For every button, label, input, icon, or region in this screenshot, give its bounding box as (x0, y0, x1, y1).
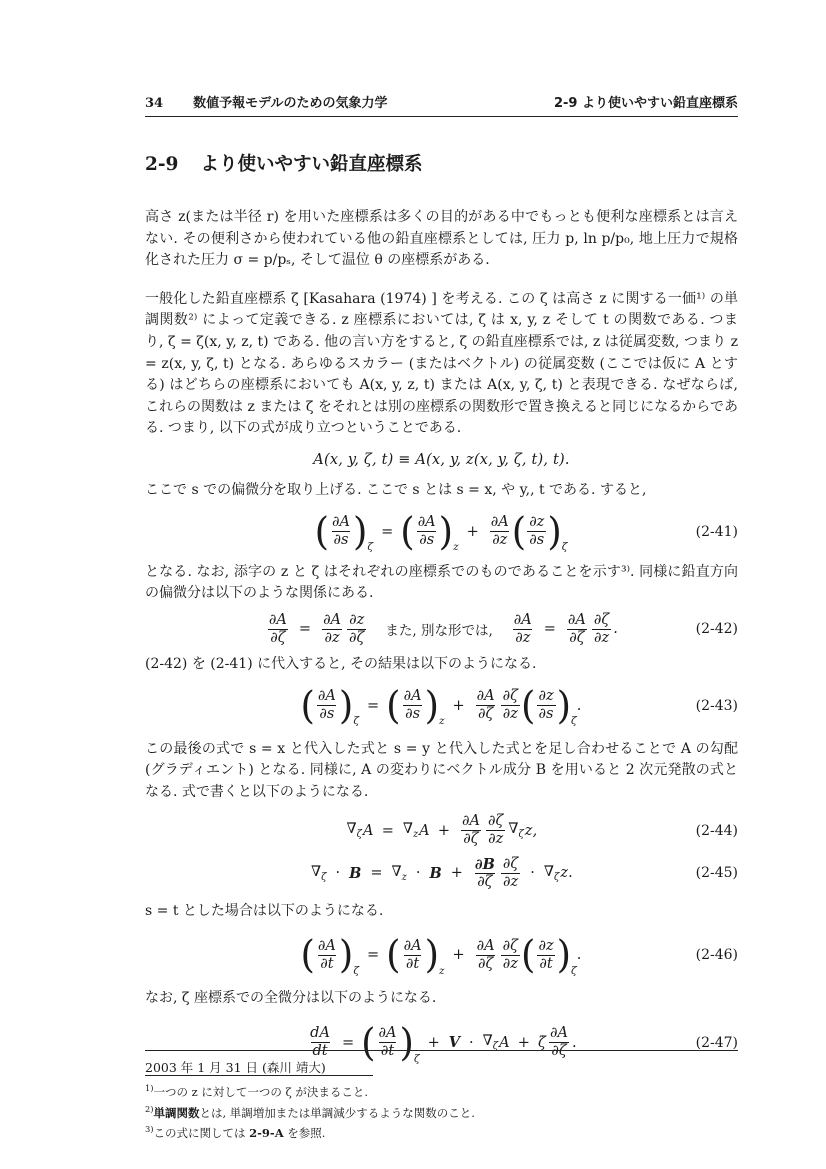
math-operator: = (381, 524, 393, 540)
footer-date: 2003 年 1 月 31 日 (森川 靖大) (145, 1060, 326, 1075)
running-book-title: 数値予報モデルのための気象力学 (193, 92, 387, 111)
page-footer: 2003 年 1 月 31 日 (森川 靖大) (145, 1050, 738, 1076)
math-numerator: ∂A (416, 514, 438, 531)
equation-body: ∂A∂ζ=∂A∂z∂z∂ζまた, 別な形では,∂A∂z=∂A∂ζ∂ζ∂z. (265, 612, 618, 647)
equation-2-43: (∂A∂s)ζ=(∂A∂s)z+∂A∂ζ∂ζ∂z(∂z∂s)ζ.(2-43) (145, 683, 738, 729)
section-title-text: より使いやすい鉛直座標系 (200, 150, 422, 176)
equation-number: (2-41) (696, 524, 738, 540)
math-operator: + (428, 1035, 440, 1051)
math-text: z. (560, 865, 573, 881)
math-numerator: ∂ζ (501, 856, 520, 873)
math-subscript: ζ (353, 715, 359, 727)
math-nabla-sub: ∇ζ (311, 864, 326, 883)
math-numerator: ∂ζ (501, 938, 520, 955)
equation-2-44: ∇ζA=∇zA+∂A∂ζ∂ζ∂z∇ζz,(2-44) (145, 813, 738, 848)
math-fraction: ∂ζ∂z (501, 856, 520, 891)
math-numerator: ∂A (316, 688, 338, 705)
equation-2-46: (∂A∂t)ζ=(∂A∂t)z+∂A∂ζ∂ζ∂z(∂z∂t)ζ.(2-46) (145, 932, 738, 978)
math-fraction: ∂A∂z (489, 514, 511, 549)
math-denominator: ∂z (501, 955, 520, 973)
footnote: 2)単調関数とは, 単調増加または単調減少するような関数のこと. (145, 1101, 738, 1122)
equation-body: (∂A∂s)ζ=(∂A∂s)z+∂A∂z(∂z∂s)ζ (316, 514, 568, 549)
math-numerator: ∂ζ (592, 612, 611, 629)
math-denominator: ∂ζ (475, 873, 494, 891)
math-bold-vector: B (349, 865, 361, 882)
math-denominator: ∂z (501, 873, 520, 891)
math-symbol: ∇ (347, 821, 357, 837)
math-denominator: ∂s (317, 705, 336, 723)
math-fraction: ∂A∂ζ (475, 938, 497, 973)
math-denominator: ∂z (592, 629, 611, 647)
math-operator: = (544, 621, 556, 637)
math-text: . (577, 698, 582, 714)
math-fraction: ∂ζ∂z (592, 612, 611, 647)
math-operator: + (467, 524, 479, 540)
math-operator: + (438, 823, 450, 839)
math-subscript: z (402, 872, 407, 883)
math-numerator: ∂A (548, 1025, 570, 1042)
math-numerator: ∂A (512, 612, 534, 629)
math-denominator: ∂z (322, 629, 341, 647)
math-text: A (419, 823, 430, 839)
math-nabla-sub: ∇ζ (508, 821, 523, 840)
math-operator: · (530, 865, 535, 881)
math-text: . (613, 621, 618, 637)
footnote-bold-term: 単調関数 (153, 1105, 199, 1119)
math-fraction: ∂z∂s (536, 688, 555, 723)
math-fraction: ∂A∂ζ (460, 813, 482, 848)
footnote-text: とは, 単調増加または単調減少するような関数のこと. (199, 1105, 474, 1119)
math-text: z, (525, 823, 538, 839)
math-fraction: ∂z∂s (527, 514, 546, 549)
math-fraction: ∂A∂t (316, 938, 338, 973)
math-symbol: ∇ (311, 864, 321, 880)
math-numerator: ∂A (321, 612, 343, 629)
math-paren-group: (∂A∂t)z (387, 938, 444, 973)
math-subscript: ζ (571, 965, 577, 977)
math-text: A (363, 823, 374, 839)
math-text: ζ̇ (538, 1035, 546, 1051)
math-subscript: ζ (353, 965, 359, 977)
math-denominator: ∂s (332, 531, 351, 549)
math-paren-group: (∂A∂t)ζ (301, 938, 359, 973)
math-subscript: ζ (518, 829, 523, 840)
math-numerator: ∂A (489, 514, 511, 531)
text-substitution: (2-42) を (2-41) に代入すると, その結果は以下のようになる. (145, 654, 738, 676)
footnote-bold-term: 2-9-A (249, 1126, 283, 1140)
math-fraction: ∂z∂ζ (347, 612, 366, 647)
document-page: 34 数値予報モデルのための気象力学 2-9 より使いやすい鉛直座標系 2-9 … (0, 0, 826, 1169)
math-nabla-sub: ∇ζ (347, 821, 362, 840)
math-numerator: ∂A (460, 813, 482, 830)
math-numerator: ∂A (330, 514, 352, 531)
math-denominator: ∂s (403, 705, 422, 723)
math-operator: · (416, 865, 421, 881)
footnote: 3)この式に関しては 2-9-A を参照. (145, 1121, 738, 1142)
math-numerator: ∂ζ (501, 688, 520, 705)
math-numerator: ∂ζ (486, 813, 505, 830)
math-symbol: ∇ (508, 821, 518, 837)
math-paren-group: (∂z∂s)ζ (522, 688, 577, 723)
math-denominator: ∂ζ (476, 705, 495, 723)
math-operator: + (453, 947, 465, 963)
footnote-text: を参照. (284, 1126, 326, 1140)
math-symbol: ∇ (392, 864, 402, 880)
equation-number: (2-43) (696, 698, 738, 714)
page-header: 34 数値予報モデルのための気象力学 2-9 より使いやすい鉛直座標系 (145, 0, 738, 117)
math-denominator: ∂t (318, 955, 335, 973)
math-bold-vector: V (449, 1034, 460, 1051)
math-nabla-sub: ∇ζ (544, 864, 559, 883)
math-numerator: ∂A (475, 938, 497, 955)
math-fraction: ∂A∂ζ (566, 612, 588, 647)
math-operator: + (451, 865, 463, 881)
math-numerator: ∂A (402, 688, 424, 705)
math-numerator: ∂z (536, 688, 555, 705)
math-paren-group: (∂A∂s)ζ (316, 514, 374, 549)
math-fraction: ∂A∂s (416, 514, 438, 549)
page-number: 34 (145, 96, 163, 111)
math-fraction: ∂z∂t (536, 938, 555, 973)
math-denominator: ∂s (417, 531, 436, 549)
math-numerator: ∂A (402, 938, 424, 955)
math-denominator: ∂z (486, 830, 505, 848)
equation-2-41: (∂A∂s)ζ=(∂A∂s)z+∂A∂z(∂z∂s)ζ(2-41) (145, 509, 738, 555)
math-numerator: ∂z (527, 514, 546, 531)
equation-number: (2-44) (696, 823, 738, 839)
math-denominator: ∂s (537, 705, 556, 723)
math-subscript: ζ (554, 872, 559, 883)
math-denominator: ∂ζ (567, 629, 586, 647)
math-text: A(x, y, ζ, t) ≡ A(x, y, z(x, y, ζ, t), t… (313, 452, 569, 468)
footnote-text: この式に関しては (153, 1126, 249, 1140)
math-numerator: ∂A (475, 688, 497, 705)
math-nabla-sub: ∇z (392, 864, 407, 883)
math-operator: + (453, 698, 465, 714)
paragraph-intro: 高さ z(または半径 r) を用いた座標系は多くの目的がある中でもっとも便利な座… (145, 207, 738, 272)
equation-body: ∇ζ·B=∇z·B+∂B∂ζ∂ζ∂z·∇ζz. (310, 856, 573, 891)
math-fraction: ∂A∂s (316, 688, 338, 723)
math-subscript: z (413, 829, 418, 840)
math-paren-group: (∂z∂t)ζ (522, 938, 577, 973)
equation-body: A(x, y, ζ, t) ≡ A(x, y, z(x, y, ζ, t), t… (313, 452, 569, 468)
math-operator: · (335, 865, 340, 881)
math-operator: = (299, 621, 311, 637)
math-fraction: ∂ζ∂z (501, 938, 520, 973)
section-number: 2-9 (145, 154, 178, 175)
math-numerator: ∂A (316, 938, 338, 955)
text-total-derivative: なお, ζ 座標系での全微分は以下のようになる. (145, 988, 738, 1010)
math-paren-group: (∂z∂s)ζ (513, 514, 568, 549)
math-fraction: ∂B∂ζ (473, 856, 497, 891)
equation-2-45: ∇ζ·B=∇z·B+∂B∂ζ∂ζ∂z·∇ζz.(2-45) (145, 856, 738, 891)
equation-body: ∇ζA=∇zA+∂A∂ζ∂ζ∂z∇ζz, (346, 813, 538, 848)
equation-identity: A(x, y, ζ, t) ≡ A(x, y, z(x, y, ζ, t), t… (145, 447, 738, 473)
math-subscript: ζ (562, 541, 568, 553)
math-subscript: z (439, 715, 445, 727)
math-denominator: ∂t (404, 955, 421, 973)
math-fraction: ∂A∂s (330, 514, 352, 549)
equation-number: (2-47) (696, 1035, 738, 1051)
math-numerator: ∂A (267, 612, 289, 629)
math-denominator: ∂z (490, 531, 509, 549)
math-numerator: ∂z (536, 938, 555, 955)
math-paren-group: (∂A∂s)z (401, 514, 458, 549)
math-numerator: ∂z (347, 612, 366, 629)
section-heading: 2-9 より使いやすい鉛直座標系 (145, 150, 738, 176)
equation-number: (2-42) (696, 621, 738, 637)
math-symbol: ∇ (403, 821, 413, 837)
footnotes: 1)一つの z に対して一つの ζ が決まること.2)単調関数とは, 単調増加ま… (145, 1080, 738, 1142)
math-subscript: ζ (571, 715, 577, 727)
running-section-title: 2-9 より使いやすい鉛直座標系 (554, 92, 738, 111)
math-operator: = (367, 947, 379, 963)
math-fraction: ∂A∂s (402, 688, 424, 723)
math-paren-group: (∂A∂s)z (387, 688, 444, 723)
equation-number: (2-45) (696, 865, 738, 881)
math-numerator: ∂B (473, 856, 497, 873)
text-subscript-note: となる. なお, 添字の z と ζ はそれぞれの座標系でのものであることを示す… (145, 562, 738, 605)
math-denominator: ∂z (501, 705, 520, 723)
math-operator: + (518, 1035, 530, 1051)
math-subscript: z (439, 965, 445, 977)
paragraph-generalized-coordinate: 一般化した鉛直座標系 ζ [Kasahara (1974) ] を考える. この… (145, 289, 738, 440)
math-operator: · (469, 1035, 474, 1051)
equation-body: (∂A∂t)ζ=(∂A∂t)z+∂A∂ζ∂ζ∂z(∂z∂t)ζ. (301, 938, 581, 973)
math-denominator: ∂t (537, 955, 554, 973)
math-operator: = (342, 1035, 354, 1051)
page-content: 34 数値予報モデルのための気象力学 2-9 より使いやすい鉛直座標系 2-9 … (145, 0, 738, 1142)
equation-inline-note: また, 別な形では, (385, 619, 492, 639)
text-gradient-divergence: この最後の式で s = x と代入した式と s = y と代入した式とを足し合わ… (145, 739, 738, 804)
math-denominator: ∂z (513, 629, 532, 647)
math-denominator: ∂ζ (461, 830, 480, 848)
math-operator: = (370, 865, 382, 881)
math-subscript: ζ (367, 541, 373, 553)
text-partial-derivative-intro: ここで s での偏微分を取り上げる. ここで s とは s = x, や y,,… (145, 480, 738, 502)
math-subscript: ζ (357, 829, 362, 840)
math-denominator: ∂ζ (347, 629, 366, 647)
math-nabla-sub: ∇z (403, 821, 418, 840)
math-fraction: ∂A∂z (321, 612, 343, 647)
math-paren-group: (∂A∂s)ζ (301, 688, 359, 723)
equation-2-42: ∂A∂ζ=∂A∂z∂z∂ζまた, 別な形では,∂A∂z=∂A∂ζ∂ζ∂z.(2-… (145, 612, 738, 647)
footnote-text: 一つの z に対して一つの ζ が決まること. (153, 1085, 368, 1099)
equation-number: (2-46) (696, 947, 738, 963)
math-operator: = (382, 823, 394, 839)
footnote: 1)一つの z に対して一つの ζ が決まること. (145, 1080, 738, 1101)
math-subscript: ζ (321, 872, 326, 883)
math-numerator: ∂A (566, 612, 588, 629)
math-text: . (577, 947, 582, 963)
math-subscript: z (453, 541, 459, 553)
math-denominator: ∂ζ (268, 629, 287, 647)
math-bold-vector: B (429, 865, 441, 882)
math-fraction: ∂ζ∂z (486, 813, 505, 848)
equation-body: (∂A∂s)ζ=(∂A∂s)z+∂A∂ζ∂ζ∂z(∂z∂s)ζ. (301, 688, 581, 723)
math-denominator: ∂ζ (476, 955, 495, 973)
math-numerator: dA (308, 1025, 332, 1042)
math-text: A (499, 1035, 510, 1051)
math-fraction: ∂A∂t (402, 938, 424, 973)
math-operator: = (367, 698, 379, 714)
math-fraction: ∂A∂z (512, 612, 534, 647)
math-fraction: ∂A∂ζ (475, 688, 497, 723)
math-fraction: ∂A∂ζ (267, 612, 289, 647)
math-symbol: ∇ (544, 864, 554, 880)
math-numerator: ∂A (377, 1025, 399, 1042)
math-fraction: ∂ζ∂z (501, 688, 520, 723)
math-text: . (572, 1035, 577, 1051)
text-s-equals-t: s = t とした場合は以下のようになる. (145, 901, 738, 923)
math-denominator: ∂s (527, 531, 546, 549)
math-symbol: ∇ (483, 1033, 493, 1049)
